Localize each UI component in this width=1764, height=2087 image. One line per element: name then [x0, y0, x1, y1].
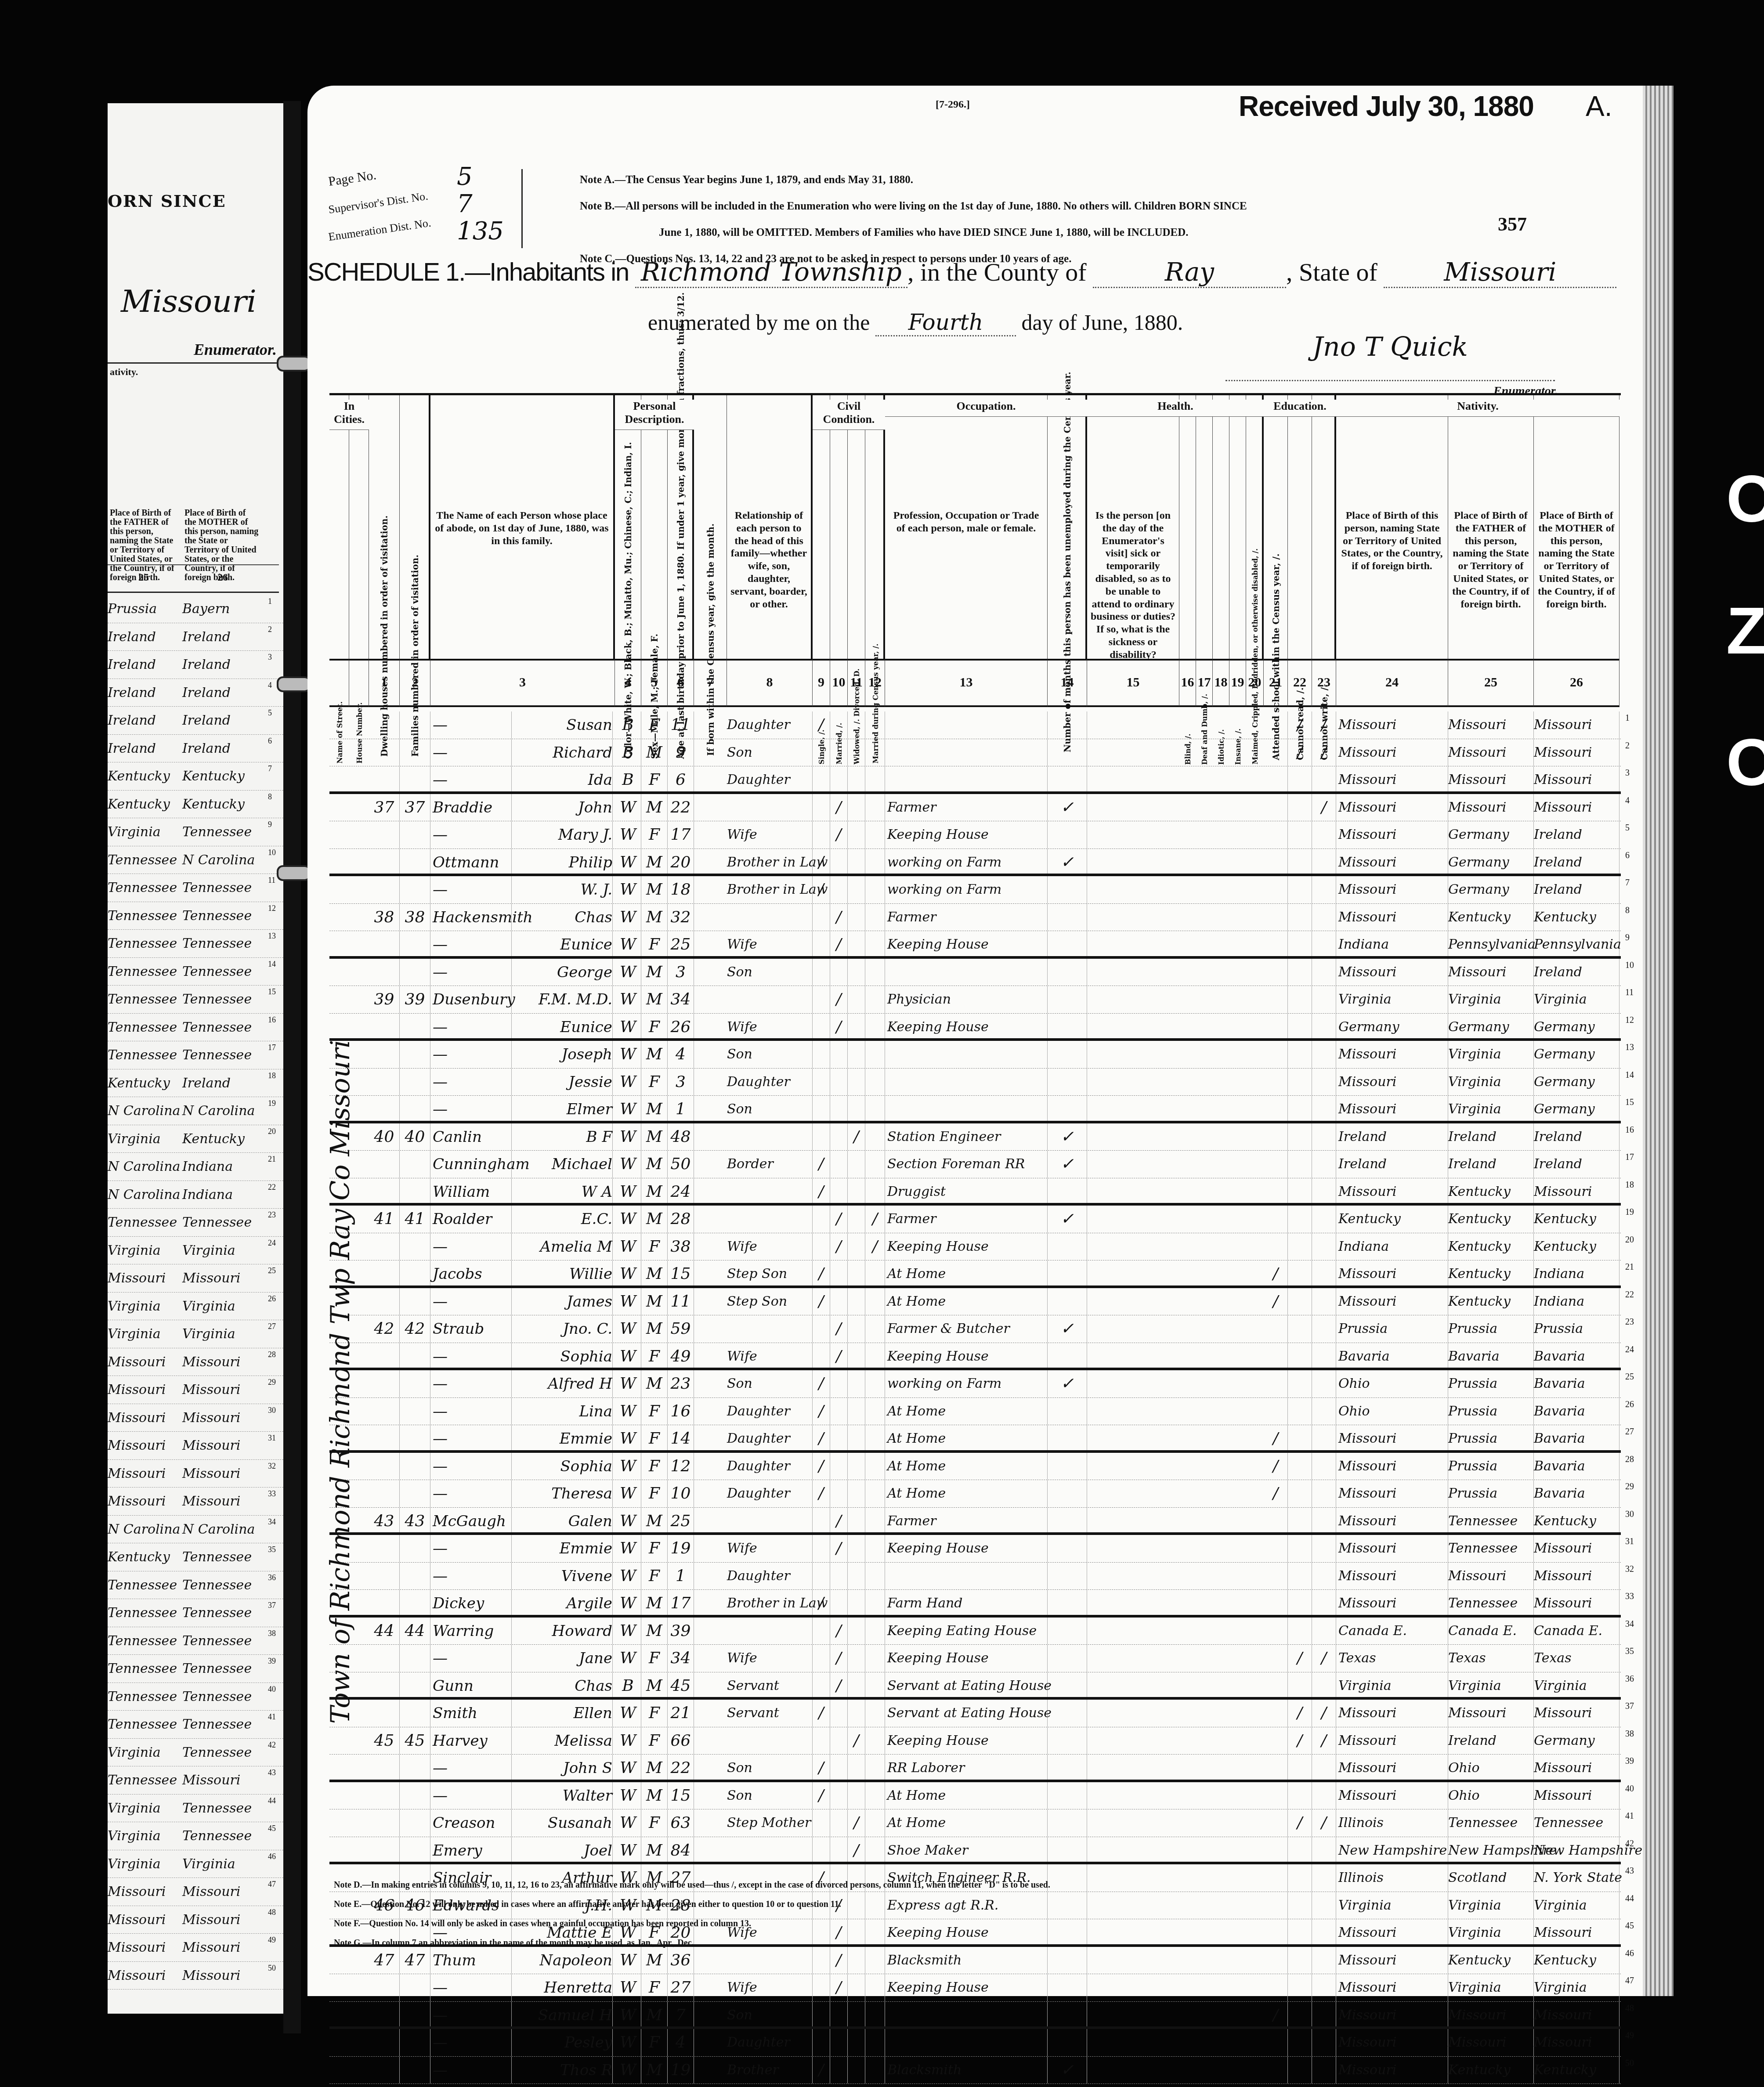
cell-father: Ireland	[1448, 1727, 1534, 1755]
cell-given: Howard	[514, 1618, 613, 1645]
cell-given: E.C.	[514, 1206, 613, 1233]
cell-unemployed	[1048, 1535, 1087, 1562]
cell-single	[813, 2029, 830, 2056]
line-number: 42	[1625, 1839, 1634, 1849]
cell-married_year	[865, 1014, 885, 1039]
cell-single: /	[813, 1151, 830, 1178]
cell-sex: M	[641, 876, 668, 903]
table-row: —GeorgeWM3SonMissouriMissouriIreland10	[329, 959, 1621, 986]
cell-dwelling	[369, 1563, 400, 1590]
prev-line-number: 36	[268, 1573, 276, 1582]
cell-relation: Wife	[727, 1645, 813, 1672]
table-row: —LinaWF16Daughter/At HomeOhioPrussiaBava…	[329, 1398, 1621, 1426]
cell-age: 59	[668, 1315, 694, 1343]
cell-family	[400, 2002, 430, 2027]
cell-dwelling	[369, 931, 400, 956]
cell-family	[400, 1645, 430, 1672]
prev-row: N CarolinaN Carolina34	[108, 1516, 283, 1544]
cell-mother: Germany	[1534, 1096, 1619, 1121]
cell-age: 9	[668, 739, 694, 766]
cell-cannot_write	[1312, 1096, 1336, 1121]
cell-surname: Smith	[433, 1700, 512, 1727]
cell-sex: M	[641, 959, 668, 986]
cell-cannot_read	[1288, 794, 1312, 821]
cell-married_year	[865, 1672, 885, 1697]
cell-occupation: Shoe Maker	[887, 1837, 1048, 1862]
cell-father: Germany	[1448, 849, 1534, 874]
cell-mother: Prussia	[1534, 1315, 1619, 1343]
cell-unemployed: ✓	[1048, 1123, 1087, 1151]
cell-occupation: Keeping House	[887, 1727, 1048, 1755]
cell-cannot_read	[1288, 1014, 1312, 1039]
cell-married: /	[830, 1618, 848, 1645]
cell-sex: F	[641, 1069, 668, 1096]
cell-family: 39	[400, 986, 430, 1013]
cell-dwelling	[369, 1178, 400, 1203]
cell-surname: Emery	[433, 1837, 512, 1862]
cell-cannot_read	[1288, 1041, 1312, 1068]
cell-mother: Ireland	[1534, 1151, 1619, 1178]
cell-occupation	[887, 711, 1048, 739]
cell-married	[830, 876, 848, 903]
margin-note: Town of Richmond Richmond Twp Ray Co Mis…	[325, 977, 351, 1724]
census-page: [7-296.] Received July 30, 1880 A. 357 P…	[307, 86, 1643, 1996]
cell-sex: F	[641, 1645, 668, 1672]
group-header-occupation: Occupation.	[885, 400, 1087, 417]
cell-age: 25	[668, 931, 694, 956]
cell-widowed	[848, 1233, 865, 1260]
cell-color: W	[615, 2002, 641, 2027]
cell-occupation: At Home	[887, 1782, 1048, 1809]
cell-dwelling	[369, 1672, 400, 1697]
line-number: 7	[1625, 878, 1630, 888]
cell-dwelling	[369, 1260, 400, 1285]
cell-cannot_read: /	[1288, 1809, 1312, 1837]
cell-cannot_read	[1288, 1425, 1312, 1450]
cell-surname: Canlin	[433, 1123, 512, 1151]
cell-widowed	[848, 1974, 865, 2001]
cell-sex: M	[641, 1041, 668, 1068]
cell-surname: Gunn	[433, 1672, 512, 1697]
cell-dwelling	[369, 1233, 400, 1260]
cell-given: W A	[514, 1178, 613, 1203]
prev-row: MissouriMissouri50	[108, 1962, 283, 1990]
cell-cannot_read	[1288, 2029, 1312, 2056]
cell-age: 11	[668, 711, 694, 739]
cell-father: Ireland	[1448, 1151, 1534, 1178]
prev-row: IrelandIreland3	[108, 651, 283, 679]
prev-line-number: 20	[268, 1127, 276, 1136]
prev-row: TennesseeTennessee16	[108, 1014, 283, 1042]
cell-color: W	[615, 1151, 641, 1178]
cell-given: Ida	[514, 766, 613, 791]
binding-spine	[283, 101, 301, 2033]
cell-mother: Ireland	[1534, 959, 1619, 986]
cell-school	[1264, 1645, 1288, 1672]
line-number: 37	[1625, 1701, 1634, 1711]
cell-relation: Daughter	[727, 1425, 813, 1450]
notes-top: Note A.—The Census Year begins June 1, 1…	[580, 167, 1502, 272]
column-number: 8	[727, 659, 813, 707]
cell-dwelling: 37	[369, 794, 400, 821]
cell-sex: M	[641, 1123, 668, 1151]
cell-father: Missouri	[1448, 959, 1534, 986]
cell-surname: —	[433, 959, 512, 986]
cell-sex: F	[641, 1343, 668, 1368]
prev-row: VirginiaKentucky20	[108, 1125, 283, 1153]
cell-cannot_write	[1312, 821, 1336, 849]
prev-line-number: 30	[268, 1406, 276, 1415]
cell-widowed	[848, 1782, 865, 1809]
cell-school	[1264, 1398, 1288, 1425]
line-number: 14	[1625, 1070, 1634, 1080]
cell-sex: M	[641, 1755, 668, 1780]
cell-single	[813, 1508, 830, 1533]
cell-dwelling	[369, 959, 400, 986]
cell-family	[400, 1755, 430, 1780]
cell-age: 38	[668, 1233, 694, 1260]
cell-father: Prussia	[1448, 1370, 1534, 1397]
cell-sex: M	[641, 1618, 668, 1645]
cell-occupation: Blacksmith	[887, 2057, 1048, 2084]
table-row: —JessieWF3DaughterMissouriVirginiaGerman…	[329, 1069, 1621, 1096]
cell-color: W	[615, 1535, 641, 1562]
prev-row: TennesseeN Carolina10	[108, 846, 283, 874]
cell-occupation: Keeping House	[887, 1645, 1048, 1672]
table-row: —Amelia MWF38Wife//Keeping HouseIndianaK…	[329, 1233, 1621, 1261]
cell-occupation: RR Laborer	[887, 1755, 1048, 1780]
cell-married	[830, 2057, 848, 2084]
cell-cannot_read	[1288, 1974, 1312, 2001]
cell-color: W	[615, 986, 641, 1013]
line-number: 33	[1625, 1592, 1634, 1602]
cell-age: 19	[668, 1535, 694, 1562]
line-number: 2	[1625, 741, 1630, 751]
cell-cannot_write	[1312, 986, 1336, 1013]
cell-single	[813, 821, 830, 849]
cell-cannot_write: /	[1312, 1700, 1336, 1727]
cell-mother: Germany	[1534, 1014, 1619, 1039]
binder-ring-icon	[277, 356, 311, 372]
cell-unemployed	[1048, 1974, 1087, 2001]
cell-cannot_read	[1288, 2002, 1312, 2027]
cell-color: W	[615, 1563, 641, 1590]
page-no: Page No. 5	[307, 165, 523, 192]
prev-line-number: 24	[268, 1238, 276, 1248]
line-number: 34	[1625, 1619, 1634, 1629]
cell-sex: M	[641, 1672, 668, 1697]
cell-birth: Missouri	[1338, 739, 1448, 766]
cell-surname: Straub	[433, 1315, 512, 1343]
notes-bottom: Note D.—In making entries in columns 9, …	[334, 1875, 1050, 1953]
cell-birth: Ohio	[1338, 1398, 1448, 1425]
cell-sex: M	[641, 1288, 668, 1315]
table-row: —SophiaWF12Daughter/At Home/MissouriPrus…	[329, 1453, 1621, 1480]
cell-widowed	[848, 1535, 865, 1562]
cell-given: Joel	[514, 1837, 613, 1862]
line-number: 19	[1625, 1207, 1634, 1217]
cell-single: /	[813, 1398, 830, 1425]
prev-row: KentuckyTennessee35	[108, 1543, 283, 1571]
cell-surname: —	[433, 2057, 512, 2084]
cell-married_year	[865, 1782, 885, 1809]
column-header-mother_birth: Place of Birth of the MOTHER of this per…	[1534, 395, 1619, 659]
prev-line-number: 41	[268, 1712, 276, 1722]
cell-occupation	[887, 1041, 1048, 1068]
cell-married: /	[830, 1343, 848, 1368]
cell-mother: Virginia	[1534, 1672, 1619, 1697]
prev-line-number: 27	[268, 1322, 276, 1331]
cell-given: Joseph	[514, 1041, 613, 1068]
cell-age: 14	[668, 1425, 694, 1450]
cell-father: Kentucky	[1448, 1178, 1534, 1203]
prev-line-number: 13	[268, 932, 276, 941]
cell-surname: —	[433, 1233, 512, 1260]
cell-age: 1	[668, 1563, 694, 1590]
cell-father: Missouri	[1448, 2029, 1534, 2056]
table-row: —WalterWM15Son/At HomeMissouriOhioMissou…	[329, 1782, 1621, 1810]
cell-married	[830, 1069, 848, 1096]
cell-father: Tennessee	[1448, 1590, 1534, 1615]
cell-widowed	[848, 1398, 865, 1425]
prev-row: KentuckyIreland18	[108, 1069, 283, 1098]
cell-single	[813, 959, 830, 986]
cell-mother: Bavaria	[1534, 1480, 1619, 1507]
line-number: 28	[1625, 1455, 1634, 1465]
cell-cannot_write	[1312, 1288, 1336, 1315]
cell-surname: —	[433, 1782, 512, 1809]
cell-given: Theresa	[514, 1480, 613, 1507]
cell-unemployed	[1048, 1727, 1087, 1755]
cell-given: Alfred H	[514, 1370, 613, 1397]
cell-color: W	[615, 1343, 641, 1368]
cell-given: Melissa	[514, 1727, 613, 1755]
line-number: 10	[1625, 960, 1634, 971]
line-number: 26	[1625, 1400, 1634, 1410]
table-row: —HenrettaWF27Wife/Keeping HouseMissouriV…	[329, 1974, 1621, 2002]
cell-relation	[727, 1618, 813, 1645]
cell-unemployed	[1048, 1919, 1087, 1944]
cell-mother: Missouri	[1534, 1755, 1619, 1780]
cell-given: Richard	[514, 739, 613, 766]
cell-father: Ohio	[1448, 1755, 1534, 1780]
column-header-house: House Number.	[349, 395, 369, 659]
line-number: 31	[1625, 1537, 1634, 1547]
cell-given: Philip	[514, 849, 613, 874]
cell-school: /	[1264, 1288, 1288, 1315]
cell-widowed	[848, 959, 865, 986]
cell-married	[830, 1755, 848, 1780]
cell-surname: —	[433, 1343, 512, 1368]
cell-mother: Virginia	[1534, 1974, 1619, 2001]
cell-married: /	[830, 1535, 848, 1562]
prev-line-number: 3	[268, 653, 272, 662]
table-row: CunninghamMichaelWM50Border/Section Fore…	[329, 1151, 1621, 1178]
cell-occupation	[887, 2002, 1048, 2027]
cell-given: Argile	[514, 1590, 613, 1615]
column-header-family: Families numbered in order of visitation…	[400, 395, 430, 659]
cell-widowed	[848, 1096, 865, 1121]
column-header-idiotic: Idiotic, /.	[1213, 395, 1229, 659]
cell-dwelling	[369, 1370, 400, 1397]
cell-unemployed: ✓	[1048, 1315, 1087, 1343]
column-number: 11	[848, 659, 865, 707]
cell-given: Emmie	[514, 1535, 613, 1562]
cell-dwelling	[369, 1974, 400, 2001]
cell-unemployed	[1048, 931, 1087, 956]
prev-row: KentuckyKentucky8	[108, 791, 283, 819]
prev-line-number: 6	[268, 737, 272, 746]
cell-occupation: Farmer	[887, 1508, 1048, 1533]
cell-given: Henretta	[514, 1974, 613, 2001]
prev-row: PrussiaBayern1	[108, 595, 283, 623]
cell-cannot_write	[1312, 931, 1336, 956]
cell-birth: Indiana	[1338, 1233, 1448, 1260]
cell-widowed: /	[848, 1123, 865, 1151]
cell-sex: M	[641, 2002, 668, 2027]
cell-birth: Virginia	[1338, 986, 1448, 1013]
cell-mother: Texas	[1534, 1645, 1619, 1672]
cell-given: Vivene	[514, 1563, 613, 1590]
cell-father: Tennessee	[1448, 1809, 1534, 1837]
cell-single	[813, 1974, 830, 2001]
cell-unemployed	[1048, 1590, 1087, 1615]
cell-cannot_write	[1312, 1590, 1336, 1615]
table-row: —EuniceWF25Wife/Keeping HouseIndianaPenn…	[329, 931, 1621, 959]
cell-age: 28	[668, 1206, 694, 1233]
cell-birth: Missouri	[1338, 1041, 1448, 1068]
cell-dwelling	[369, 876, 400, 903]
cell-birth: Missouri	[1338, 2057, 1448, 2084]
supervisor-district: Supervisor's Dist. No. 7	[307, 192, 523, 219]
table-row: DickeyArgileWM17Brother in Law/Farm Hand…	[329, 1590, 1621, 1618]
cell-unemployed	[1048, 739, 1087, 766]
cell-age: 39	[668, 1618, 694, 1645]
cell-birth: Missouri	[1338, 1535, 1448, 1562]
cell-unemployed	[1048, 1837, 1087, 1862]
prev-row: VirginiaVirginia26	[108, 1293, 283, 1321]
cell-cannot_write	[1312, 1618, 1336, 1645]
cell-dwelling	[369, 1809, 400, 1837]
cell-mother: Bavaria	[1534, 1370, 1619, 1397]
cell-dwelling	[369, 1782, 400, 1809]
cell-cannot_read	[1288, 1206, 1312, 1233]
cell-school	[1264, 711, 1288, 739]
cell-relation: Son	[727, 739, 813, 766]
column-number: 17	[1196, 659, 1213, 707]
cell-birth: Missouri	[1338, 1727, 1448, 1755]
previous-page-fragment: ORN SINCE Missouri Enumerator. ativity. …	[108, 103, 283, 2014]
cell-cannot_read	[1288, 1919, 1312, 1944]
cell-given: Eunice	[514, 1014, 613, 1039]
column-number: 3	[430, 659, 615, 707]
prev-row: N CarolinaN Carolina19	[108, 1097, 283, 1125]
cell-occupation: Station Engineer	[887, 1123, 1048, 1151]
cell-cannot_read	[1288, 1480, 1312, 1507]
cell-school	[1264, 1206, 1288, 1233]
cell-father: Prussia	[1448, 1453, 1534, 1480]
column-header-school: Attended school within the Census year, …	[1264, 395, 1288, 659]
cell-family	[400, 1069, 430, 1096]
cell-cannot_read	[1288, 1672, 1312, 1697]
cell-birth: Virginia	[1338, 1672, 1448, 1697]
cell-sex: M	[641, 1508, 668, 1533]
cell-occupation: Section Foreman RR	[887, 1151, 1048, 1178]
cell-unemployed: ✓	[1048, 1206, 1087, 1233]
prev-born-since: ORN SINCE	[108, 191, 226, 211]
prev-row: MissouriMissouri47	[108, 1878, 283, 1906]
prev-line-number: 47	[268, 1880, 276, 1889]
cell-surname: —	[433, 1069, 512, 1096]
cell-given: Jane	[514, 1645, 613, 1672]
cell-mother: Bavaria	[1534, 1343, 1619, 1368]
cell-family	[400, 1398, 430, 1425]
prev-line-number: 7	[268, 764, 272, 773]
cell-unemployed	[1048, 1755, 1087, 1780]
prev-row: IrelandIreland5	[108, 707, 283, 735]
cell-cannot_read	[1288, 904, 1312, 931]
cell-school	[1264, 1947, 1288, 1974]
cell-widowed	[848, 1370, 865, 1397]
cell-age: 10	[668, 1480, 694, 1507]
cell-color: B	[615, 711, 641, 739]
cell-given: Galen	[514, 1508, 613, 1533]
table-row: SmithEllenWF21Servant/Servant at Eating …	[329, 1700, 1621, 1727]
cell-sex: M	[641, 2057, 668, 2084]
cell-surname: Roalder	[433, 1206, 512, 1233]
cell-cannot_write	[1312, 1480, 1336, 1507]
cell-cannot_write	[1312, 1974, 1336, 2001]
cell-surname: Hackensmith	[433, 904, 512, 931]
cell-school	[1264, 739, 1288, 766]
cell-age: 45	[668, 1672, 694, 1697]
cell-widowed	[848, 1041, 865, 1068]
cell-relation: Border	[727, 1151, 813, 1178]
cell-school	[1264, 1700, 1288, 1727]
cell-cannot_write: /	[1312, 1645, 1336, 1672]
cell-single: /	[813, 1370, 830, 1397]
cell-cannot_write	[1312, 1123, 1336, 1151]
prev-row: TennesseeTennessee15	[108, 986, 283, 1014]
prev-row: TennesseeTennessee12	[108, 902, 283, 930]
table-row: —EmmieWF19Wife/Keeping HouseMissouriTenn…	[329, 1535, 1621, 1563]
cell-sex: M	[641, 1178, 668, 1203]
cell-surname: —	[433, 1425, 512, 1450]
cell-married_year	[865, 1343, 885, 1368]
prev-line-number: 32	[268, 1462, 276, 1471]
cell-relation: Son	[727, 1755, 813, 1780]
cell-given: Mary J.	[514, 821, 613, 849]
cell-sex: F	[641, 1425, 668, 1450]
cell-dwelling	[369, 1288, 400, 1315]
table-row: 4343McGaughGalenWM25/FarmerMissouriTenne…	[329, 1508, 1621, 1535]
prev-row: MissouriMissouri31	[108, 1432, 283, 1460]
cell-married_year	[865, 1315, 885, 1343]
cell-married_year	[865, 2057, 885, 2084]
cell-surname: —	[433, 1974, 512, 2001]
cell-age: 4	[668, 2029, 694, 2056]
prev-line-number: 42	[268, 1740, 276, 1750]
cell-relation	[727, 1178, 813, 1203]
prev-line-number: 31	[268, 1433, 276, 1443]
table-row: GunnChasBM45Servant/Servant at Eating Ho…	[329, 1672, 1621, 1700]
column-number: 1	[369, 659, 400, 707]
cell-cannot_write	[1312, 1947, 1336, 1974]
cell-married: /	[830, 1645, 848, 1672]
cell-age: 7	[668, 2002, 694, 2027]
cell-married_year	[865, 794, 885, 821]
cell-given: Willie	[514, 1260, 613, 1285]
